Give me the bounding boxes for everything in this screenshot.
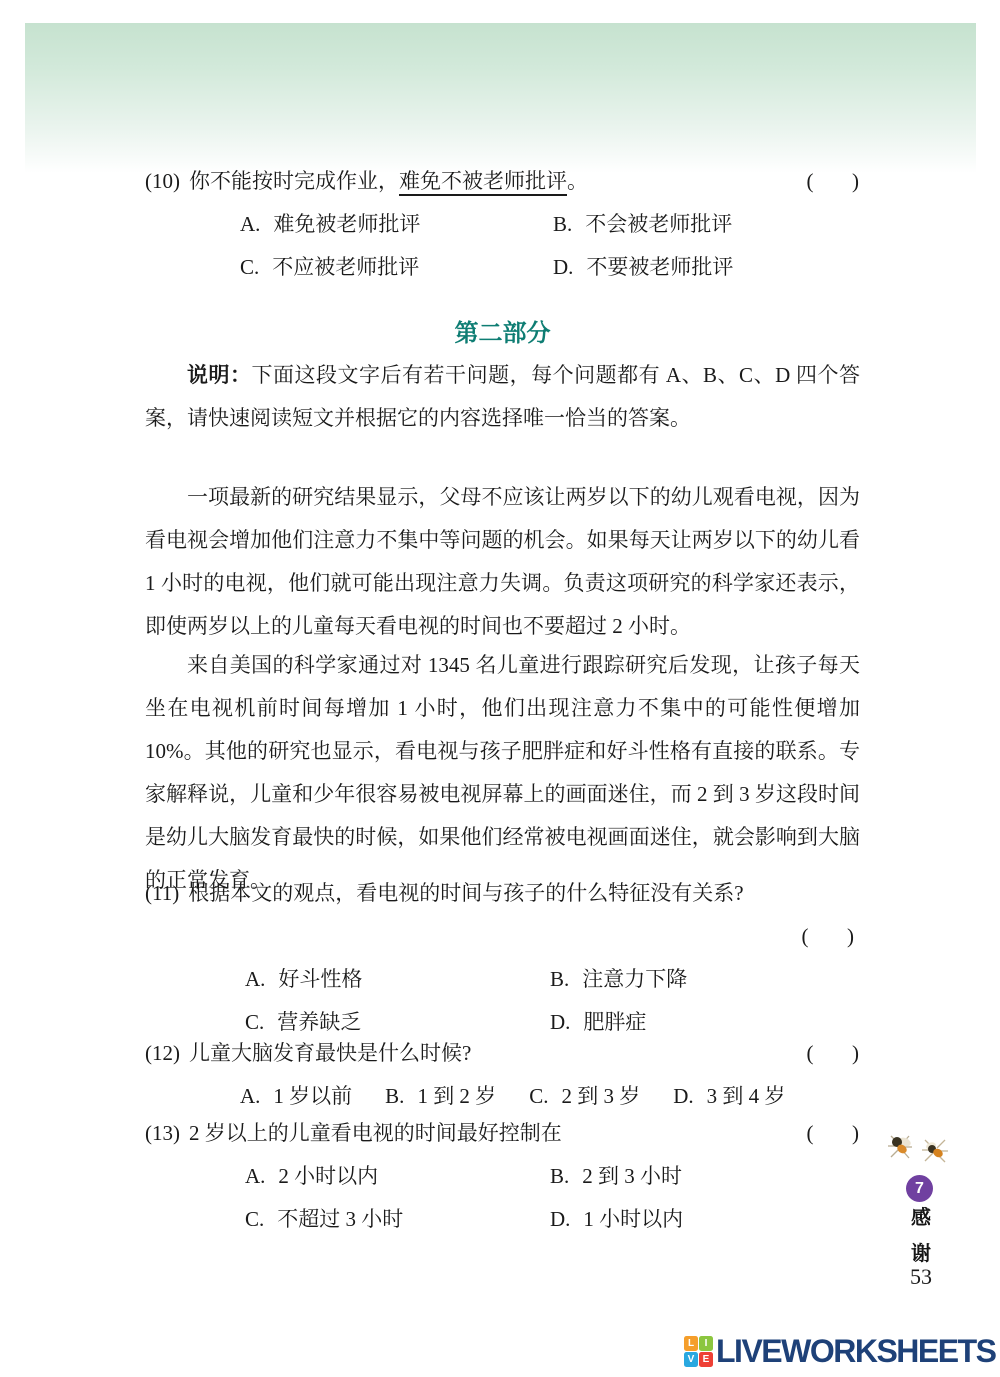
passage-paragraph-1: 一项最新的研究结果显示，父母不应该让两岁以下的幼儿观看电视，因为看电视会增加他们…	[145, 476, 860, 648]
question-10-options-row-2: C.不应被老师批评 D.不要被老师批评	[145, 246, 860, 289]
option-key: A.	[240, 212, 260, 236]
option-text: 注意力下降	[582, 967, 687, 991]
stem-text: 你不能按时完成作业，	[189, 169, 399, 193]
instructions-text: 下面这段文字后有若干问题，每个问题都有 A、B、C、D 四个答案，请快速阅读短文…	[145, 363, 860, 430]
section-title: 第二部分	[145, 316, 860, 352]
question-number: (12)	[145, 1041, 180, 1065]
option-text: 1 到 2 岁	[417, 1084, 496, 1108]
option-text: 2 到 3 岁	[561, 1084, 640, 1108]
question-10-options-row-1: A.难免被老师批评 B.不会被老师批评	[145, 203, 860, 246]
stem-punctuation: 。	[567, 169, 588, 193]
question-number: (10)	[145, 169, 180, 193]
option-text: 好斗性格	[278, 967, 362, 991]
option-text: 难免被老师批评	[273, 212, 420, 236]
liveworksheets-grid-icon: L I V E	[684, 1336, 713, 1367]
option-key: D.	[673, 1084, 693, 1108]
option-text: 1 岁以前	[273, 1084, 352, 1108]
question-12-stem: (12)儿童大脑发育最快是什么时候? ( )	[145, 1032, 860, 1075]
stem-text: 儿童大脑发育最快是什么时候?	[189, 1041, 471, 1065]
answer-blank-q13[interactable]: ( )	[807, 1112, 861, 1155]
option-key: B.	[550, 1164, 569, 1188]
instructions: 说明：下面这段文字后有若干问题，每个问题都有 A、B、C、D 四个答案，请快速阅…	[145, 354, 860, 440]
answer-blank-q11[interactable]: ( )	[802, 924, 856, 948]
option-text: 不要被老师批评	[586, 255, 733, 279]
paragraph-text: 一项最新的研究结果显示，父母不应该让两岁以下的幼儿观看电视，因为看电视会增加他们…	[145, 485, 860, 638]
question-10-stem: (10)你不能按时完成作业，难免不被老师批评。 ( )	[145, 160, 860, 203]
question-13-text: (13)2 岁以上的儿童看电视的时间最好控制在	[145, 1112, 562, 1155]
answer-blank-q10[interactable]: ( )	[807, 160, 861, 203]
option-b: B.不会被老师批评	[553, 203, 732, 246]
underlined-phrase: 难免不被老师批评	[399, 169, 567, 196]
option-key: B.	[550, 967, 569, 991]
paragraph-text: 来自美国的科学家通过对 1345 名儿童进行跟踪研究后发现，让孩子每天坐在电视机…	[145, 653, 860, 892]
option-text: 肥胖症	[583, 1010, 646, 1034]
question-10-text: (10)你不能按时完成作业，难免不被老师批评。	[145, 160, 588, 203]
stem-text: 2 岁以上的儿童看电视的时间最好控制在	[189, 1121, 562, 1145]
instructions-label: 说明：	[187, 363, 252, 387]
option-c: C.不应被老师批评	[240, 246, 553, 289]
option-c: C.不超过 3 小时	[245, 1198, 550, 1241]
option-text: 营养缺乏	[277, 1010, 361, 1034]
header-gradient-band	[25, 23, 976, 173]
bee-icon	[920, 1135, 950, 1165]
option-key: A.	[245, 1164, 265, 1188]
option-text: 不超过 3 小时	[277, 1207, 403, 1231]
question-12: (12)儿童大脑发育最快是什么时候? ( ) A.1 岁以前 B.1 到 2 岁…	[145, 1032, 860, 1118]
option-key: C.	[240, 255, 259, 279]
number-badge: 7	[906, 1175, 933, 1202]
question-11-stem: (11)根据本文的观点，看电视的时间与孩子的什么特征没有关系?	[145, 872, 860, 915]
option-text: 不会被老师批评	[585, 212, 732, 236]
option-key: A.	[240, 1084, 260, 1108]
thanks-char-1: 感	[908, 1201, 934, 1230]
option-text: 2 到 3 小时	[582, 1164, 682, 1188]
option-key: D.	[550, 1010, 570, 1034]
option-d: D.1 小时以内	[550, 1198, 683, 1241]
question-13: (13)2 岁以上的儿童看电视的时间最好控制在 ( ) A.2 小时以内 B.2…	[145, 1112, 860, 1241]
logo-square-e: E	[699, 1352, 713, 1367]
option-a: A.难免被老师批评	[240, 203, 553, 246]
option-text: 1 小时以内	[583, 1207, 683, 1231]
option-a: A.2 小时以内	[245, 1155, 550, 1198]
option-key: C.	[245, 1010, 264, 1034]
answer-blank-q12[interactable]: ( )	[807, 1032, 861, 1075]
option-a: A.好斗性格	[245, 958, 550, 1001]
option-d: D.不要被老师批评	[553, 246, 733, 289]
question-13-options-row-2: C.不超过 3 小时 D.1 小时以内	[145, 1198, 860, 1241]
bee-icon	[885, 1130, 915, 1162]
logo-square-l: L	[684, 1336, 698, 1351]
passage-paragraph-2: 来自美国的科学家通过对 1345 名儿童进行跟踪研究后发现，让孩子每天坐在电视机…	[145, 644, 860, 902]
question-13-stem: (13)2 岁以上的儿童看电视的时间最好控制在 ( )	[145, 1112, 860, 1155]
option-key: D.	[553, 255, 573, 279]
question-number: (13)	[145, 1121, 180, 1145]
question-11-blank-line: ( )	[145, 915, 860, 958]
option-key: B.	[385, 1084, 404, 1108]
question-12-text: (12)儿童大脑发育最快是什么时候?	[145, 1032, 471, 1075]
option-key: D.	[550, 1207, 570, 1231]
option-text: 不应被老师批评	[272, 255, 419, 279]
question-10: (10)你不能按时完成作业，难免不被老师批评。 ( ) A.难免被老师批评 B.…	[145, 160, 860, 289]
option-b: B.注意力下降	[550, 958, 687, 1001]
option-text: 3 到 4 岁	[707, 1084, 786, 1108]
page-number: 53	[904, 1264, 938, 1290]
question-11: (11)根据本文的观点，看电视的时间与孩子的什么特征没有关系? ( ) A.好斗…	[145, 872, 860, 1044]
question-11-options-row-1: A.好斗性格 B.注意力下降	[145, 958, 860, 1001]
option-key: C.	[529, 1084, 548, 1108]
option-key: C.	[245, 1207, 264, 1231]
option-key: B.	[553, 212, 572, 236]
question-number: (11)	[145, 881, 179, 905]
liveworksheets-wordmark: LIVEWORKSHEETS	[716, 1335, 995, 1367]
question-13-options-row-1: A.2 小时以内 B.2 到 3 小时	[145, 1155, 860, 1198]
logo-square-i: I	[699, 1336, 713, 1351]
logo-square-v: V	[684, 1352, 698, 1367]
option-text: 2 小时以内	[278, 1164, 378, 1188]
liveworksheets-logo[interactable]: L I V E LIVEWORKSHEETS	[684, 1335, 995, 1367]
thanks-char-2: 谢	[908, 1237, 934, 1266]
worksheet-page: (10)你不能按时完成作业，难免不被老师批评。 ( ) A.难免被老师批评 B.…	[0, 0, 1000, 1377]
option-key: A.	[245, 967, 265, 991]
stem-text: 根据本文的观点，看电视的时间与孩子的什么特征没有关系?	[188, 881, 743, 905]
option-b: B.2 到 3 小时	[550, 1155, 682, 1198]
